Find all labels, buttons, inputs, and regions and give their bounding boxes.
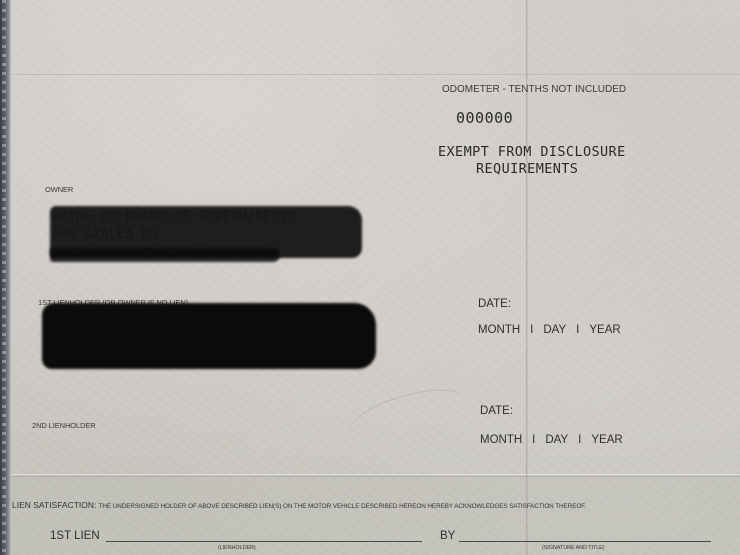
signature-and-title-line	[459, 541, 711, 542]
year-label: YEAR	[591, 434, 622, 446]
lienholder-signature-line	[106, 541, 422, 542]
year-label: YEAR	[589, 324, 620, 336]
first-lienholder-redaction	[42, 303, 376, 369]
title-document	[0, 0, 740, 555]
fold-line-top	[11, 74, 740, 76]
first-lien-date-fields: MONTHIDAYIYEAR	[478, 324, 621, 336]
odometer-heading: ODOMETER - TENTHS NOT INCLUDED	[442, 84, 626, 95]
lien-satisfaction-statement: LIEN SATISFACTION: THE UNDERSIGNED HOLDE…	[12, 500, 586, 510]
owner-label: OWNER	[45, 185, 73, 194]
by-label: BY	[440, 530, 455, 542]
day-label: DAY	[545, 434, 568, 446]
odometer-status-line2: REQUIREMENTS	[476, 161, 578, 177]
date-separator: I	[530, 324, 533, 336]
fold-line-bottom	[11, 474, 740, 477]
signature-caption: (SIGNATURE AND TITLE)	[542, 545, 604, 551]
document-border-edge	[0, 0, 11, 555]
owner-redaction-tail	[50, 248, 280, 262]
second-lien-date-fields: MONTHIDAYIYEAR	[480, 434, 623, 446]
month-label: MONTH	[480, 434, 522, 446]
odometer-status-line1: EXEMPT FROM DISCLOSURE	[438, 144, 626, 160]
odometer-reading: 000000	[456, 109, 513, 127]
date-separator: I	[532, 434, 535, 446]
date-separator: I	[576, 324, 579, 336]
first-lien-label: 1ST LIEN	[50, 530, 100, 542]
lien-satisfaction-band	[11, 476, 740, 555]
second-lien-date-label: DATE:	[480, 405, 513, 417]
first-lien-date-label: DATE:	[478, 298, 511, 310]
lienholder-caption: (LIENHOLDER)	[218, 545, 256, 551]
lien-satisfaction-heading: LIEN SATISFACTION:	[12, 500, 96, 510]
date-separator: I	[578, 434, 581, 446]
lien-satisfaction-body: THE UNDERSIGNED HOLDER OF ABOVE DESCRIBE…	[99, 503, 586, 510]
day-label: DAY	[543, 324, 566, 336]
month-label: MONTH	[478, 324, 520, 336]
second-lienholder-label: 2ND LIENHOLDER	[32, 421, 96, 430]
